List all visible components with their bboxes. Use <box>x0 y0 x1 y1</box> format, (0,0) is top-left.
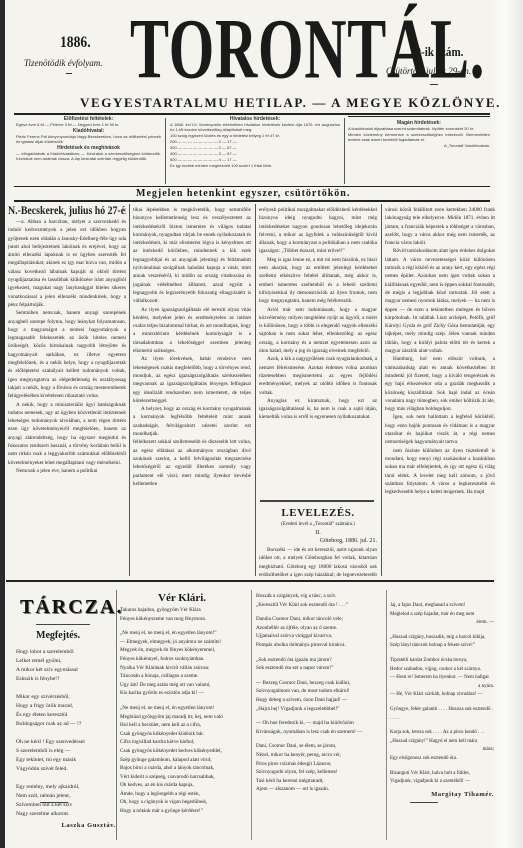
verse-line: Eskszik is fénybe!? <box>16 675 116 684</box>
paper-margin <box>492 0 523 848</box>
article-paragraph: Hamburg, hol nem először voltunk, a váms… <box>385 355 495 413</box>
correspondence-number: II. <box>259 529 377 537</box>
verse-line: — Bezzeg Csomor Dani, bezzeg csak kiálln… <box>256 679 384 688</box>
verse-line: Szép gyönge galambom, kalapod alatt viru… <box>120 756 250 765</box>
section-divider <box>260 500 374 502</box>
end-rule <box>410 802 438 803</box>
publication-frequency: Megjelen hetenkint egyszer, csütörtökön. <box>136 188 350 199</box>
article-paragraph: nem őszinte különben az ilyen tiszteletn… <box>385 447 495 497</box>
column-divider <box>381 204 382 576</box>
notice-text: Pleitz Ferenc Pál könyvnyomdája Nagy-Bec… <box>16 134 161 144</box>
article-paragraph: Azok, a kik a nagygyűlésen csak nyugtala… <box>259 355 377 396</box>
notice-text: Egész évre 6 frt — Félévre 3 frt — Negye… <box>16 122 161 127</box>
official-ads-notice: Hivatalos hirdetések: A 1868. évi LII. t… <box>170 116 340 186</box>
column-divider <box>251 590 252 840</box>
newspaper-subtitle: VEGYESTARTALMU HETILAP. — A MEGYE KÖZLÖN… <box>80 95 501 111</box>
verse-line: Oh, hogy a cigányok is vígan hegedülnek, <box>120 798 250 807</box>
rate-row: 400 — — — — — — — — 3 — 67 — <box>170 151 340 156</box>
issue-number: 30-ik szám. <box>410 44 463 60</box>
verse-line: Kis karika gyűrűn es ezüstön adja ki! — <box>120 689 250 698</box>
rate-row: 100 szóig egyszeri közlés és egy a hirde… <box>170 133 340 138</box>
verse-line: S szerelemből is elég — <box>16 747 116 756</box>
stanza: Hogy lobot a szerelemből Lelket remél gy… <box>16 648 116 684</box>
verse-line: mára; <box>390 746 494 755</box>
verse-line: „Ne menj el, ne menj el, én egyetlen lán… <box>120 629 250 638</box>
verse-line: Oh ne kérd ! Egy szenvedéssel <box>16 738 116 747</box>
rate-row: 300 — — — — — — — — 2 — 67 — <box>170 145 340 150</box>
column-divider <box>129 204 130 576</box>
article-paragraph: Borszéki — ide és ott keresztül, azért r… <box>259 546 377 577</box>
poem-title: Vér Klári. <box>158 592 206 604</box>
column-divider <box>116 590 117 840</box>
article-paragraph: Rövid tartózkodásom alatt igen érdekes d… <box>385 247 495 355</box>
article-paragraph: Igen, sok nem hallottam a legfelső körök… <box>385 413 495 446</box>
verse-line: — Oh hoe feredezik ki, — majd ha kiüdvöz… <box>256 719 384 728</box>
feuilleton-header: TÁRCZA. <box>20 596 123 619</box>
article-paragraph: Meg is igaz lenne ez, a mit mi nem hiszü… <box>259 256 377 306</box>
article-paragraph: városi közül felállított ezen kertekben … <box>385 206 495 247</box>
box-rule <box>348 116 490 117</box>
verse-line: Szép lányi tánczok holnap a fekete szíve… <box>390 642 494 651</box>
poem-ver-klari-part-3: Jaj, a fajos Dani, meghasad a szívem! Me… <box>390 602 494 799</box>
ornament-dash <box>66 73 72 74</box>
article-column-2: tikai lépésekben is megkövetelik, hogy s… <box>133 206 251 576</box>
verse-line: Vért kiderít a szépség, csavarodó harcsa… <box>120 773 250 782</box>
verse-line: Hogy a nótánk már a gyönge kérdésre!” <box>120 807 250 816</box>
poem-author: Margitay Tihamér. <box>390 791 494 800</box>
verse-line: Egy elsőgonosz sok esztendő óta. <box>390 755 494 764</box>
header-rule <box>14 113 490 115</box>
correspondence-title: LEVELEZÉS. <box>259 505 377 521</box>
article-paragraph: Az ilyen igazságszolgáltatás elé teresít… <box>133 306 251 356</box>
verse-line: „Keresztül Vér Klári sok esztendő óta ! … <box>256 601 384 610</box>
verse-line: Megyek én, megyek én fényes kökényemmel, <box>120 646 250 655</box>
correspondence-place-date: Göteborg, 1886. jul. 21. <box>259 537 377 546</box>
verse-line: A mikor két szív egymással <box>16 666 116 675</box>
verse-line: Bajos bírni a csárda, ahol a lányok tánc… <box>120 764 250 773</box>
stanza: Egy remény, mely ajkaidról, Nem szól, né… <box>16 783 116 819</box>
verse-line: Takaros hajadon, gyöngyöm Vér Klára <box>120 606 250 615</box>
feuilleton-rule <box>6 580 494 582</box>
verse-line: Nem szól, némán jelent, <box>16 792 116 801</box>
verse-line: Ugy ám! De meg aztán még ott van valami, <box>120 681 250 690</box>
article-paragraph: —a. Abban a harczban, melyet a szervezke… <box>8 218 126 309</box>
verse-line: Fényes kökényszeme van mog fénymora. <box>120 615 250 624</box>
article-paragraph: A nekik, hogy a miniszteriális ügyi ható… <box>8 401 126 467</box>
correspondence-column-continued: városi közül felállított ezen kertekben … <box>385 206 495 576</box>
verse-line: „Hajrá hej! Vígadjunk a legszelebbbel!” <box>256 705 384 714</box>
verse-line: Lelket remél gyúlni, <box>16 657 116 666</box>
column-divider <box>344 118 345 184</box>
verse-line: Vágyódón szívét feléd. <box>16 765 116 774</box>
verse-line: Piros piros csízmás édesgit Lázaros; <box>256 760 384 769</box>
stanza: Oh ne kérd ! Egy szenvedéssel S szerelem… <box>16 738 116 774</box>
correspondence-subtitle: (Eredeti levél a „Torontál” számára.) <box>259 521 377 529</box>
verse-line: Táncosán a hónaja, csillagos a szeme. <box>120 672 250 681</box>
article-paragraph: A helyzet, hogy az ország és kormány nyu… <box>133 405 251 438</box>
article-paragraph: Arról már sem tudomásunk, hogy a magyar … <box>259 306 377 356</box>
masthead-volume: Tizenötödik évfolyam. <box>24 58 103 68</box>
newspaper-page: 1886. Tizenötödik évfolyam. TORONTÁL. 30… <box>6 0 490 848</box>
issue-date: Csütörtök, julius 29-én. <box>386 66 471 76</box>
verse-line: Gyöngye, fehér galamb . . . . Hozoza sok… <box>390 706 494 723</box>
verse-line: Meghiúsd gyöngyöm jaj maradj itt; hej, n… <box>120 713 250 722</box>
verse-line: Egy tekintet, mi egy másik <box>16 756 116 765</box>
masthead: 1886. Tizenötödik évfolyam. TORONTÁL. 30… <box>6 0 490 95</box>
verse-line: „Ne menj el, ne menj el, én egyetlen lán… <box>120 704 250 713</box>
verse-line: Pompás ubolka dolmánya pirosval kirakva. <box>256 641 384 650</box>
verse-line: Dani, Csomor Dani, se élem, se járom, <box>256 742 384 751</box>
article-paragraph: Semmiben nemcsak, hanem anyagi szerepéne… <box>8 309 126 400</box>
article-column-3: erélyesb politikai mozgalmakat előidézhe… <box>259 206 377 496</box>
verse-line: érem. — <box>390 619 494 628</box>
verse-line: Dandia Csomor Dani, mikor táncoló vele; <box>256 615 384 624</box>
notice-text: Minden közlemény bérmentve a szerkesztős… <box>348 132 490 142</box>
verse-line: Csak gyöngyös kökényedet kiidézik bár. <box>120 730 250 739</box>
verse-line: „Huszad czigány, huszadik, míg a harcol … <box>390 634 494 643</box>
verse-line: Hogy a frigy örök marad, <box>16 702 116 711</box>
article-dateline: N.-Becskerek, julius hó 27-én. <box>8 202 105 218</box>
verse-line: Hol kell a becsület, nem kell az a cifra… <box>120 721 250 730</box>
notice-text: A 1868. évi LII. törvényczikk értelmében… <box>170 122 340 132</box>
verse-line: Ujjamaival szórva virággal kivarrva, <box>256 632 384 641</box>
notice-rule <box>14 186 490 187</box>
rate-row: 500 — — — — — — — — 4 — 17 — <box>170 157 340 162</box>
verse-line: „Sok esztendő óta igazán ma járom? <box>256 656 384 665</box>
masthead-year: 1886. <box>60 34 91 52</box>
ornament-dash <box>430 84 438 85</box>
notice-text: Ez igy tovább minden megkezdett 100 szóé… <box>170 163 340 168</box>
verse-line: Karja sok, lereza sok . . . . Az a piros… <box>390 729 494 738</box>
article-paragraph: fellelkezett sokkal szellemesebb és disz… <box>133 438 251 488</box>
verse-line: a nyára. <box>390 683 494 692</box>
verse-line: Jaj, a fajos Dani, meghasad a szívem! <box>390 602 494 611</box>
verse-line: Nézel, mikor ha kenyér, perog, arcra vér… <box>256 751 384 760</box>
poem-ver-klari-part-1: Takaros hajadon, gyöngyöm Vér Klára Fény… <box>120 606 250 816</box>
verse-line: — Hé, Vér Klári szirkáb, holnap virradár… <box>390 691 494 700</box>
verse-line: Tipratétli kardat Zombor ócska tornya, <box>390 657 494 666</box>
column-divider <box>255 204 256 576</box>
verse-line: Hozzák a czigányok, víg a tánc, a szív. <box>256 592 384 601</box>
verse-line: Vigadjunk, vigadjunk ki a szeméből! — <box>390 778 494 787</box>
article-paragraph: Az ilyen törekvések, habár rendezve nem … <box>133 355 251 405</box>
verse-line: Ajem — alszanom — ott is igazán. <box>256 785 384 794</box>
poem-author: Laszka Gusztáv. <box>16 821 116 830</box>
verse-line: Mikor egy szívérzésből, <box>16 693 116 702</box>
article-paragraph: tikai lépésekben is megkövetelik, hogy s… <box>133 206 251 306</box>
ornament-rule <box>36 624 90 625</box>
verse-line: „Huszad czigány!” Hagyd el nem kell mára <box>390 738 494 747</box>
poem-ver-klari-part-2: Hozzák a czigányok, víg a tánc, a szív. … <box>256 592 384 794</box>
notice-signature: A „Torontál” kiadóhivatala. <box>348 143 490 148</box>
verse-line: Fényes kökénnyel, fodros szoknyámban. <box>120 655 250 664</box>
notice-text: A kiadóhivatal díjszabása szerint számít… <box>348 126 490 131</box>
column-divider <box>165 118 166 184</box>
verse-line: — Elmegyek, elmegyek; jó anyámra ne szám… <box>120 638 250 647</box>
correspondence-section: LEVELEZÉS. (Eredeti levél a „Torontál” s… <box>259 505 377 577</box>
poem-title: Megfejtés. <box>36 630 80 641</box>
verse-line: Ámde, hogy a legöregebb a régi estén, <box>120 790 250 799</box>
verse-line: Sok esztendő óta ezt a napot várom!” <box>256 664 384 673</box>
verse-line: Szivnyugalmom van, de most tudom elkárni… <box>256 687 384 696</box>
column-divider <box>386 590 387 840</box>
stanza: Mikor egy szívérzésből, Hogy a frigy örö… <box>16 693 116 729</box>
verse-line: Hedor szabadon, vijjog, csukor a két szá… <box>390 666 494 675</box>
article-column-1: N.-Becskerek, julius hó 27-én. —a. Abban… <box>8 202 126 577</box>
verse-line: Hogy lobot a szerelemből <box>16 648 116 657</box>
verse-line: Nagy szerelme alkotott. <box>16 810 116 819</box>
verse-line: Egy remény, mely ajkaidról, <box>16 783 116 792</box>
verse-line: — Hom re! Ismerem ha ilyenkor. — Nem hal… <box>390 674 494 683</box>
verse-line: Bizanguti Vér Klári, halva holt a füldre… <box>390 770 494 779</box>
verse-line: Tasi kérő ha keresni mégmaradt, <box>256 777 384 786</box>
verse-line: Hogy debeg a szívem, ózon Dani hajjad! — <box>256 696 384 705</box>
verse-line: Kivánságok, nyomában is lesz csak én sze… <box>256 728 384 737</box>
verse-line: Azonbéllér az éjféle, olyan az ő szeme. <box>256 624 384 633</box>
rate-row: 200 — — — — — — — — 2 — 17 — <box>170 139 340 144</box>
private-ads-notice: Magán hirdetések: A kiadóhivatal díjszab… <box>348 116 490 186</box>
verse-line: Cifra ingvállad kardra kötve bárhol, <box>120 738 250 747</box>
notice-text: — elfogadtatnak a Kiadóhivatalban; — Kéz… <box>16 151 161 161</box>
verse-line: Nyalka Vér Klárának kivirít vállán zsíro… <box>120 664 250 673</box>
article-paragraph: erélyesb politikai mozgalmakat előidézhe… <box>259 206 377 256</box>
article-paragraph: Anyagias ez kiratsznak, hogy ezt az igaz… <box>259 397 377 422</box>
verse-line: Szívnyugodó olyan, fel szép, kellemes! <box>256 768 384 777</box>
page-binding-edge <box>0 0 5 848</box>
verse-line: Csak gyöngyös kökényedet kedves kökényed… <box>120 747 250 756</box>
subscription-notice: Előfizetési feltételek: Egész évre 6 frt… <box>16 116 161 186</box>
verse-line: És egy életen keresztül <box>16 711 116 720</box>
article-paragraph: Nemcsak a jelen éve, hanem a politikai <box>8 467 126 475</box>
verse-line: Meglelod a szép hajadat, már én meg nem <box>390 611 494 620</box>
end-rule <box>40 802 68 803</box>
verse-line: Oh kedves, az én kis csárda kapuja, <box>120 781 250 790</box>
verse-line: Boldogságot csak az ad — !? <box>16 720 116 729</box>
